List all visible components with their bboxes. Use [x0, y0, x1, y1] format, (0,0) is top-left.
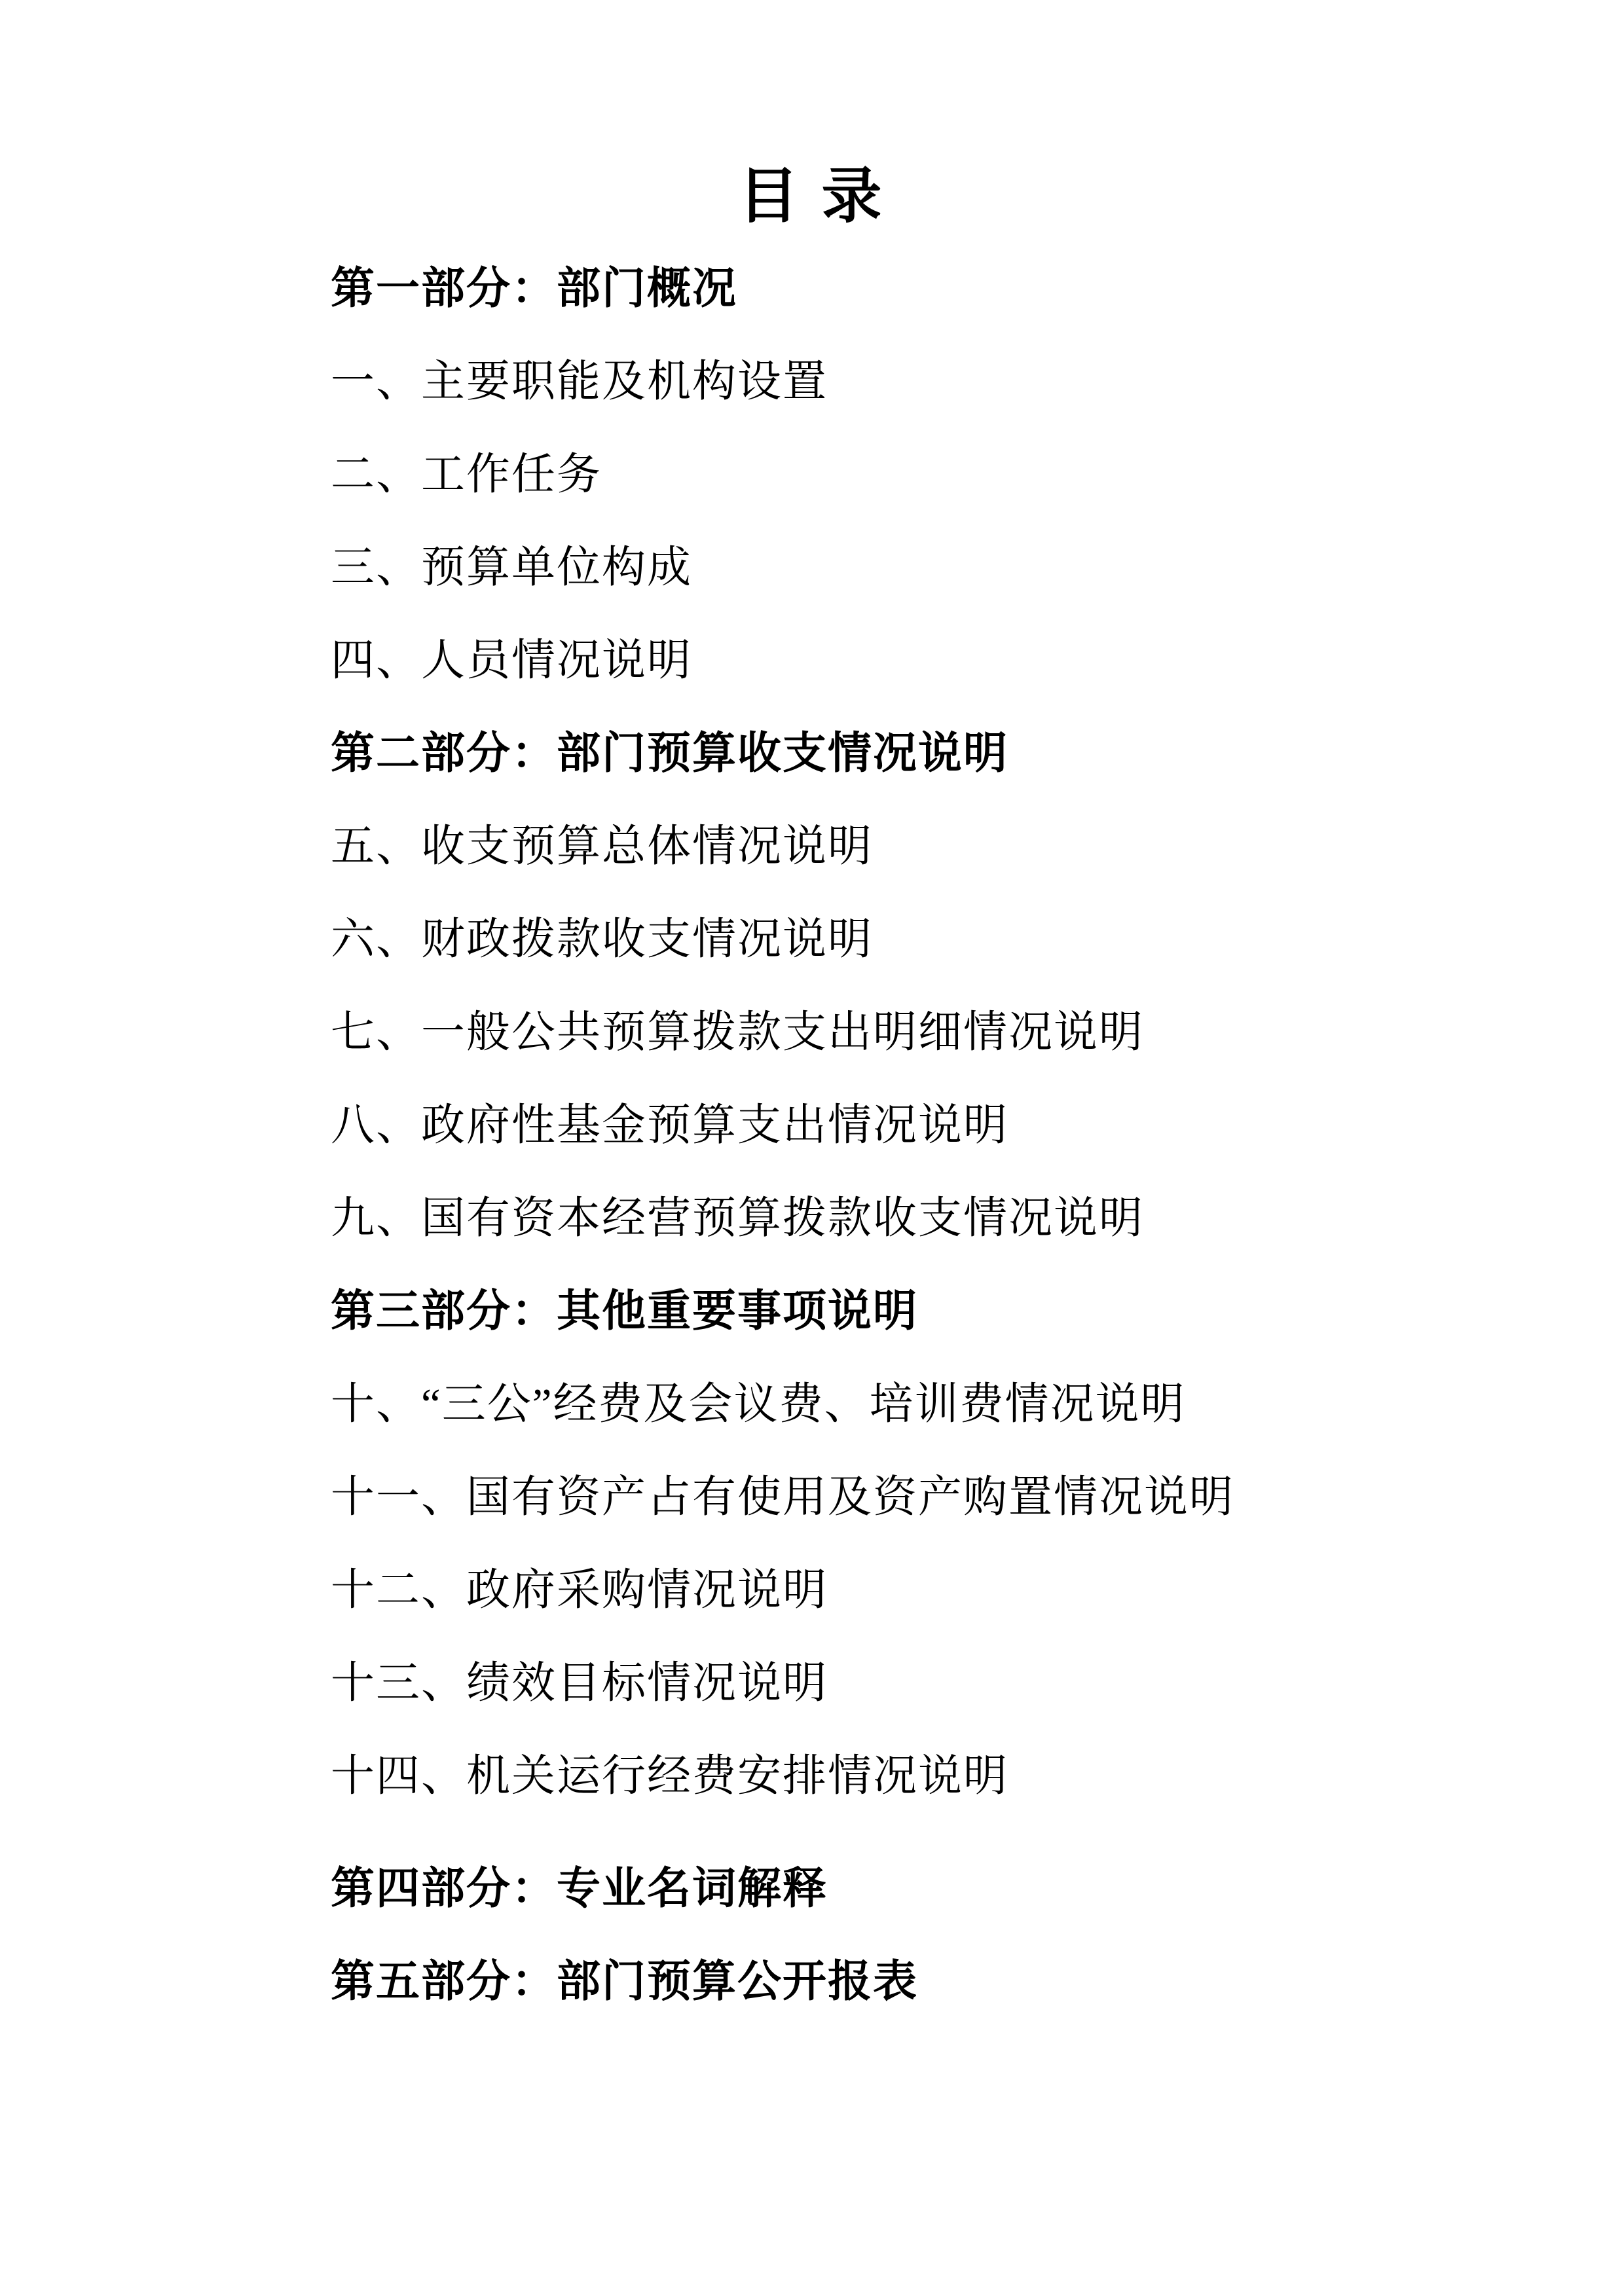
document-page: 目 录 第一部分：部门概况一、主要职能及机构设置二、工作任务三、预算单位构成四、… — [0, 0, 1624, 2296]
toc-item: 七、一般公共预算拨款支出明细情况说明 — [331, 986, 1624, 1079]
toc-item: 十三、绩效目标情况说明 — [331, 1637, 1624, 1730]
toc-item: 十、“三公”经费及会议费、培训费情况说明 — [331, 1358, 1624, 1451]
toc-item: 八、政府性基金预算支出情况说明 — [331, 1079, 1624, 1172]
toc-item: 九、国有资本经营预算拨款收支情况说明 — [331, 1172, 1624, 1265]
toc-item: 十四、机关运行经费安排情况说明 — [331, 1730, 1624, 1823]
page-title: 目 录 — [0, 157, 1624, 236]
toc-item: 一、主要职能及机构设置 — [331, 335, 1624, 428]
toc-section-heading: 第三部分：其他重要事项说明 — [331, 1265, 1624, 1358]
toc-item: 五、收支预算总体情况说明 — [331, 800, 1624, 893]
toc-item: 四、人员情况说明 — [331, 614, 1624, 707]
toc-item: 十二、政府采购情况说明 — [331, 1544, 1624, 1637]
toc-section-heading: 第五部分：部门预算公开报表 — [331, 1935, 1624, 2028]
toc-item: 十一、国有资产占有使用及资产购置情况说明 — [331, 1451, 1624, 1544]
toc-section-heading: 第一部分：部门概况 — [331, 242, 1624, 335]
toc-section-heading: 第四部分：专业名词解释 — [331, 1842, 1624, 1935]
toc-item: 二、工作任务 — [331, 428, 1624, 521]
toc-item: 六、财政拨款收支情况说明 — [331, 893, 1624, 986]
toc-section-heading: 第二部分：部门预算收支情况说明 — [331, 707, 1624, 800]
toc-item: 三、预算单位构成 — [331, 521, 1624, 614]
table-of-contents: 第一部分：部门概况一、主要职能及机构设置二、工作任务三、预算单位构成四、人员情况… — [331, 242, 1624, 2028]
